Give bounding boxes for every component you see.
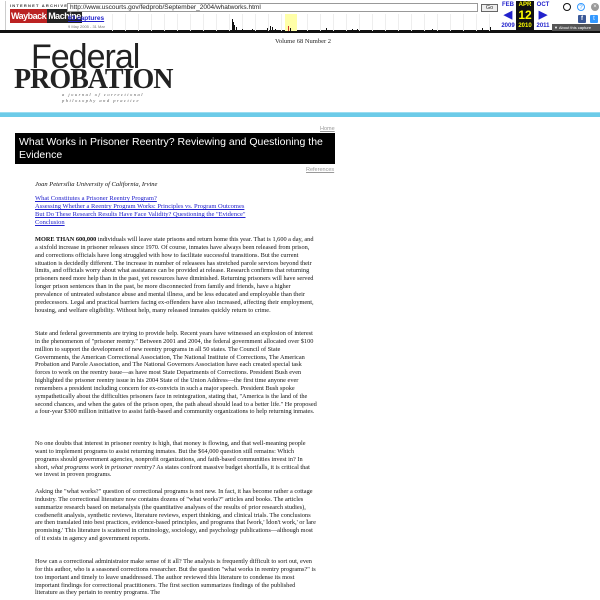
user-icon[interactable] — [563, 3, 571, 11]
captures-link[interactable]: 63 captures — [68, 15, 104, 22]
wayback-logo-left: Wayback — [10, 9, 47, 23]
close-icon[interactable]: × — [591, 3, 599, 11]
logo-tagline-2: philosophy and practice — [62, 98, 140, 103]
current-year: 2010 — [516, 22, 534, 30]
prev-month: FEB — [500, 1, 516, 9]
wayback-toolbar: INTERNET ARCHIVE Wayback Machine http://… — [0, 0, 600, 33]
article-title: What Works in Prisoner Reentry? Reviewin… — [15, 133, 335, 164]
volume-label: Volume 68 Number 2 — [275, 38, 331, 45]
paragraph-3: No one doubts that interest in prisoner … — [35, 440, 317, 479]
prev-capture[interactable]: FEB ◀ 2009 — [500, 1, 516, 30]
prev-year: 2009 — [500, 22, 516, 30]
references-link[interactable]: References — [306, 167, 334, 173]
paragraph-4: Asking the "what works?" question of cor… — [35, 488, 317, 543]
next-capture[interactable]: OCT ▶ 2011 — [535, 1, 551, 30]
article-author: Joan Petersilia University of California… — [35, 181, 157, 188]
wayback-logo[interactable]: Wayback Machine — [10, 9, 62, 23]
toc-link-face-validity[interactable]: But Do These Research Results Have Face … — [35, 211, 246, 219]
home-link[interactable]: Home — [320, 126, 335, 132]
toc-link-conclusion[interactable]: Conclusion — [35, 219, 246, 227]
header-divider — [0, 112, 600, 117]
twitter-icon[interactable]: t — [590, 15, 598, 23]
url-input[interactable]: http://www.uscourts.gov/fedprob/Septembe… — [67, 3, 478, 12]
go-button[interactable]: Go — [481, 4, 498, 12]
prev-arrow-icon[interactable]: ◀ — [500, 9, 516, 22]
paragraph-5: How can a correctional administrator mak… — [35, 558, 317, 597]
paragraph-1-text: individuals will leave state prisons and… — [35, 236, 314, 314]
next-arrow-icon[interactable]: ▶ — [535, 9, 551, 22]
help-icon[interactable]: ? — [577, 3, 585, 11]
facebook-icon[interactable]: f — [578, 15, 586, 23]
about-capture-button[interactable]: ▼ About this capture — [552, 24, 600, 31]
current-year-highlight — [285, 14, 297, 31]
logo-tagline-1: a journal of correctional — [62, 92, 144, 97]
paragraph-1: MORE THAN 600,000 individuals will leave… — [35, 236, 317, 314]
capture-date-range: 9 May 2005 - 31 Mar — [68, 24, 105, 29]
paragraph-1-lead: MORE THAN 600,000 — [35, 236, 96, 243]
current-day: 12 — [516, 9, 534, 22]
toc-link-what-constitutes[interactable]: What Constitutes a Prisoner Reentry Prog… — [35, 195, 246, 203]
next-month: OCT — [535, 1, 551, 9]
paragraph-3-emphasis: what programs work in prisoner reentry? — [51, 464, 155, 471]
logo-probation: PROBATION — [14, 66, 173, 94]
toc-link-assessing[interactable]: Assessing Whether a Reentry Program Work… — [35, 203, 246, 211]
current-capture: APR 12 2010 — [516, 1, 534, 30]
table-of-contents: What Constitutes a Prisoner Reentry Prog… — [35, 195, 246, 227]
internet-archive-label: INTERNET ARCHIVE — [10, 3, 68, 8]
next-year: 2011 — [535, 22, 551, 30]
capture-sparkline[interactable] — [112, 14, 500, 31]
paragraph-2: State and federal governments are trying… — [35, 330, 317, 416]
